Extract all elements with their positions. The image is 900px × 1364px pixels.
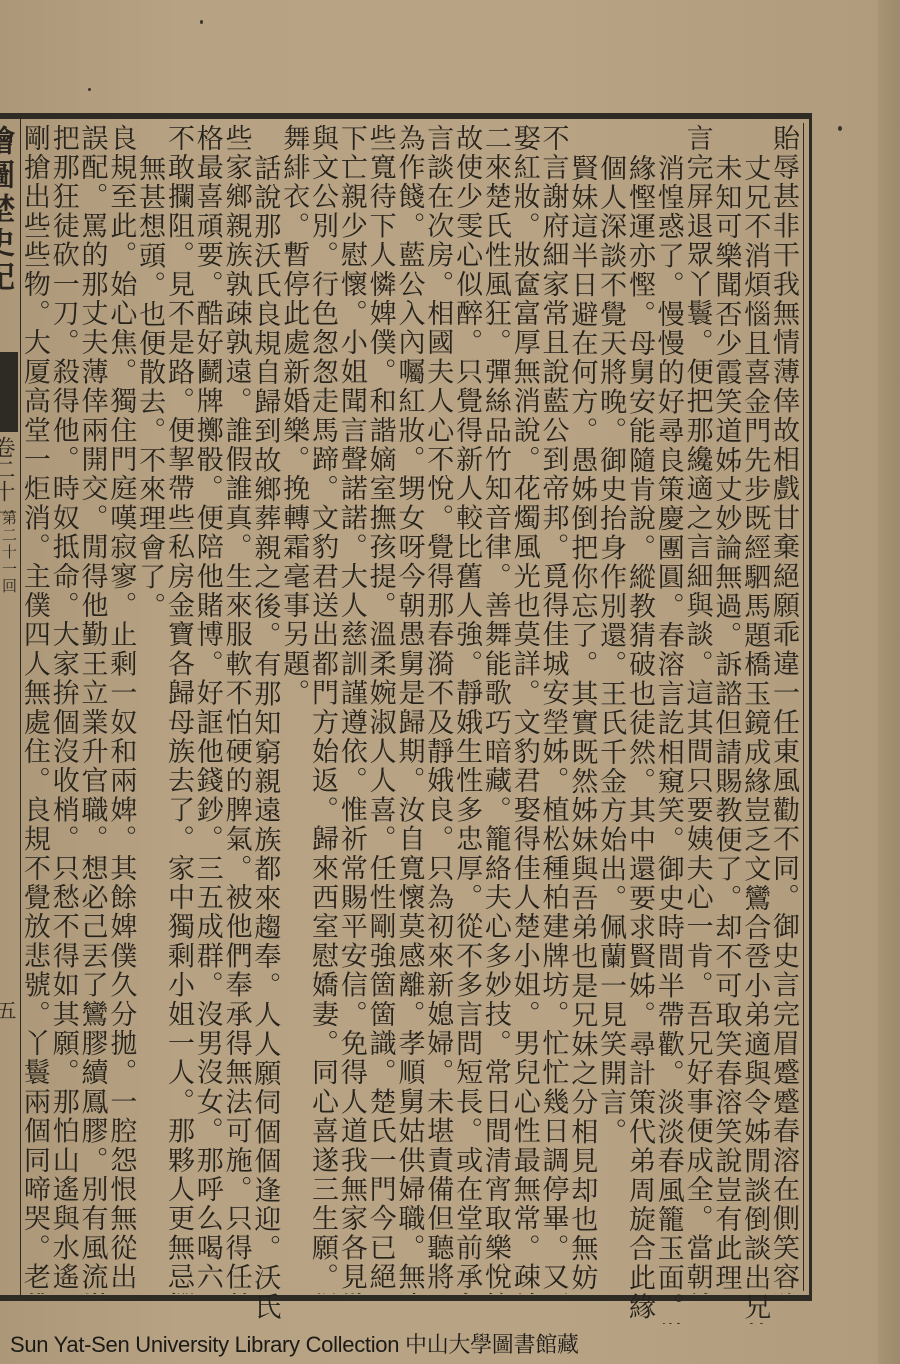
page-edge (878, 0, 900, 1364)
text-column: 言完屏退眾丫鬟。便把那纔適之言細與談。這其間只要姨夫心一肯。吾兄好事便成全。當朝… (685, 124, 714, 1294)
text-column: 貽辱甚非干我無情薄倖故相戲甘棄絕願乖違一任東風勸不同。御史言完眉蹙蹙春溶在側笑容… (771, 124, 800, 1294)
text-column: 剛搶出些些物。大厦高堂一炬消。主僕四人無處住。良規不覺放悲號。丫鬟兩個同啼哭。老… (22, 124, 51, 1294)
paper-speck (200, 20, 203, 24)
text-column: 不敢攔阻。見不是路。便挈帶些私房金寶各歸母族去了。家中獨剩小姐一人。那夥人更無忌… (166, 124, 195, 1294)
paper-speck (88, 88, 91, 91)
vertical-text-body: 貽辱甚非干我無情薄倖故相戲甘棄絕願乖違一任東風勸不同。御史言完眉蹙蹙春溶在側笑容… (22, 124, 800, 1294)
text-column: 良規至此。始心焦。獨住門庭嘆寂寥。止剩一奴和兩婢。其餘婢僕久分拋。一腔怨恨無從出… (109, 124, 138, 1294)
text-column: 舞緋衣。暫停此處新婚樂。挽轉霜毫事另題。 (281, 124, 310, 1294)
book-margin-title: 繪圖埜史記 (0, 125, 18, 295)
text-column: 不言謝府細家常且說藍公到帝邦。覓得佳城安塋姊。植松種柏建牌坊。忙忙幾日調停畢。又… (541, 124, 570, 1294)
text-column: 未知可樂聞否少霞笑道姊丈妙論無過。訴諮但請賜教便了。却不可取笑春溶笑說豈有此理 (714, 124, 743, 1324)
text-column: 故使少雯心似醉。只覺得新人較比舊人強。靜娥生性多忠厚。從不多言問短長。或在堂前承… (454, 124, 483, 1294)
scanned-book-page: 繪圖埜史記 卷二十一 第二十一回 五 貽辱甚非干我無情薄倖故相戲甘棄絕願乖違一任… (0, 0, 900, 1364)
text-column: 下亡親少慰懷。小姐聞言聲諾諾。大人慈訓謹遵依。惟祈常賜平安信。免得人道我無家各見… (339, 124, 368, 1294)
text-column: 二來楚氏性風狂。彈絲品竹知音律。善舞能歌巧暗藏。籠絡夫心多妙技。常日間清宵取樂悅… (483, 124, 512, 1294)
text-column: 娶紅妝。妝奩富厚無消說。花燭風光也莫詳。文豹君娶得佳人楚小姐。男兒心性最無常。疎… (512, 124, 541, 1294)
text-column: 格最喜頑要。酷好鬬牌擲骰。便陪他賭博。好誆他錢鈔。三五成群。沒男沒女。那呼么喝六… (195, 124, 224, 1294)
text-column: 無甚想頭。也便散去。不來理會了。 (137, 124, 166, 1324)
frame-inner-rule (803, 123, 804, 1291)
text-column: 賢妹這半日避在何方。愚姊倒把你忘了。其實既然姊妹與吾弟也是兄妹之分相見却也無妨 (570, 124, 599, 1324)
text-column: 消惶惑了。慢慢的好尋良策慶團圓。春溶言訖相窺笑。御史時間半帶歡。淡淡春風籠玉面。… (656, 124, 685, 1324)
text-column: 誤配。罵的那丈夫薄倖兩開交。閒得他勤王立業升官職。想必己丟了鸞膠續鳳膠。別有風流… (80, 124, 109, 1294)
text-column: 些寬待下人憐婢僕。和諧嫡室撫孩提。溫柔婉淑人人喜。任性剛強箇箇識。楚氏一門今已絕… (368, 124, 397, 1294)
text-column: 丈兄不消煩惱且喜金門先步既經駟馬題橋玉鏡成緣豈乏文鸞合卺小弟適與令姊閒談倒談出兄… (742, 124, 771, 1324)
paper-speck (838, 126, 842, 131)
text-column: 與文公別。行色怱怱走馬蹄。文豹君送出都門方始返。歸來西室慰嬌妻。同心喜遂三生願。… (310, 124, 339, 1294)
text-column: 為作餞。藍公入內囑紅妝。甥女呀今朝愚舅是歸期。汝自寬懷莫感離。孝順舅姑供婦職。無… (397, 124, 426, 1294)
text-column: 緣慳運亦慳。母舅安能隨肯說。縱教猜破也徒然。其中還要求賢姊。尋計策代弟周旋合此緣… (627, 124, 656, 1324)
page-number: 五 (0, 1000, 20, 1020)
text-column: 把那狂徒砍一刀。殺得他。時奴抵命。大家拚個沒收梢。只愁不得如其願。那怕山遙與水遙… (51, 124, 80, 1294)
text-column: 些家鄉親族孰疎孰遠。誰假誰真。生來服軟不怕硬的脾氣。被他們奉承得無法可施。只得任… (224, 124, 253, 1294)
text-column: 言談在次房。相國夫人心不悅。覺得那春漪不及靜娥良。只為初來新媳婦。未堪責備但聽將… (425, 124, 454, 1294)
library-collection-watermark: Sun Yat-Sen University Library Collectio… (10, 1328, 579, 1359)
text-column: 個人深談不覺天將晚。御史抬身作別還。王氏千金方始出。佩蘭一見笑開言。 (598, 124, 627, 1324)
chapter-marker: 第二十一回 (2, 510, 20, 595)
margin-fishtail-block (0, 352, 18, 432)
text-column: 話說那沃氏良規自歸到故鄉葬親之後。有那知窮親遠族都來趨奉。人人願伺個個逢迎。沃氏… (253, 124, 282, 1324)
